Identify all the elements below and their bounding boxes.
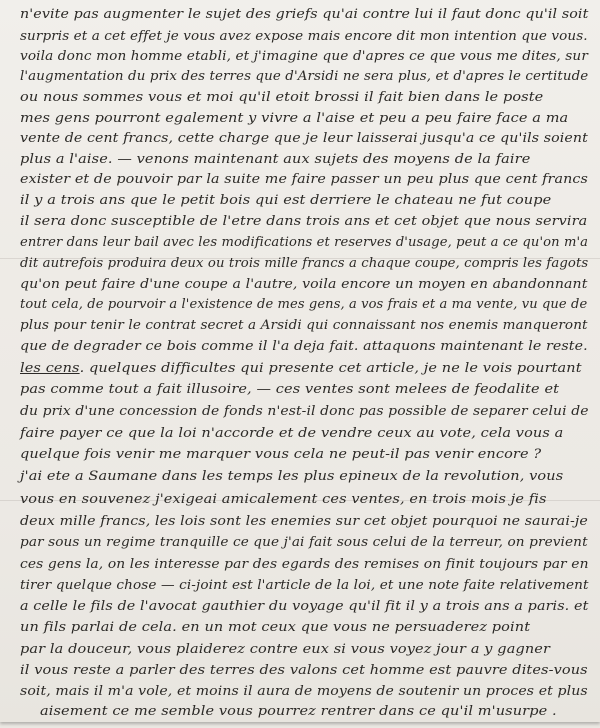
manuscript-line: soit, mais il m'a vole, et moins il aura…	[20, 683, 588, 698]
manuscript-line: faire payer ce que la loi n'accorde et d…	[20, 425, 563, 440]
manuscript-line: tirer quelque chose — ci-joint est l'art…	[20, 577, 589, 592]
manuscript-line: entrer dans leur bail avec les modificat…	[20, 234, 588, 249]
manuscript-line: tout cela, de pourvoir a l'existence de …	[20, 296, 587, 311]
manuscript-line: n'evite pas augmenter le sujet des grief…	[20, 6, 588, 21]
manuscript-line: plus a l'aise. — venons maintenant aux s…	[20, 151, 530, 166]
manuscript-line: par la douceur, vous plaiderez contre eu…	[20, 641, 550, 656]
manuscript-line-underlined: les cens. quelques difficultes qui prese…	[20, 360, 582, 375]
manuscript-line: vous en souvenez j'exigeai amicalement c…	[20, 491, 547, 506]
manuscript-line: voila donc mon homme etabli, et j'imagin…	[20, 48, 588, 63]
manuscript-line: il y a trois ans que le petit bois qui e…	[20, 192, 551, 207]
manuscript-line: j'ai ete a Saumane dans les temps les pl…	[20, 468, 563, 483]
manuscript-line: aisement ce me semble vous pourrez rentr…	[40, 703, 557, 718]
manuscript-line: ou nous sommes vous et moi qu'il etoit b…	[20, 89, 543, 104]
manuscript-line: un fils parlai de cela. en un mot ceux q…	[20, 619, 530, 634]
manuscript-line: deux mille francs, les lois sont les ene…	[20, 513, 588, 528]
manuscript-page: n'evite pas augmenter le sujet des grief…	[0, 0, 600, 722]
manuscript-line: par sous un regime tranquille ce que j'a…	[20, 534, 588, 549]
manuscript-line: quelque fois venir me marquer vous cela …	[20, 446, 541, 461]
manuscript-line: pas comme tout a fait illusoire, — ces v…	[20, 381, 559, 396]
manuscript-line: mes gens pourront egalement y vivre a l'…	[20, 110, 568, 125]
manuscript-line: ces gens la, on les interesse par des eg…	[20, 556, 589, 571]
underlined-phrase: les cens	[20, 360, 80, 375]
manuscript-line: il sera donc susceptible de l'etre dans …	[20, 213, 587, 228]
manuscript-line: dit autrefois produira deux ou trois mil…	[20, 255, 588, 270]
manuscript-line: surpris et a cet effet je vous avez expo…	[20, 28, 588, 43]
manuscript-line: qu'on peut faire d'une coupe a l'autre, …	[20, 276, 587, 291]
manuscript-line: exister et de pouvoir par la suite me fa…	[20, 171, 588, 186]
manuscript-line: il vous reste a parler des terres des va…	[20, 662, 588, 677]
manuscript-line: que de degrader ce bois comme il l'a dej…	[20, 338, 588, 353]
manuscript-line: l'augmentation du prix des terres que d'…	[20, 68, 588, 83]
manuscript-line: plus pour tenir le contrat secret a Arsi…	[20, 317, 588, 332]
manuscript-line: a celle le fils de l'avocat gauthier du …	[20, 598, 588, 613]
manuscript-line: du prix d'une concession de fonds n'est-…	[20, 403, 589, 418]
manuscript-line: vente de cent francs, cette charge que j…	[20, 130, 588, 145]
